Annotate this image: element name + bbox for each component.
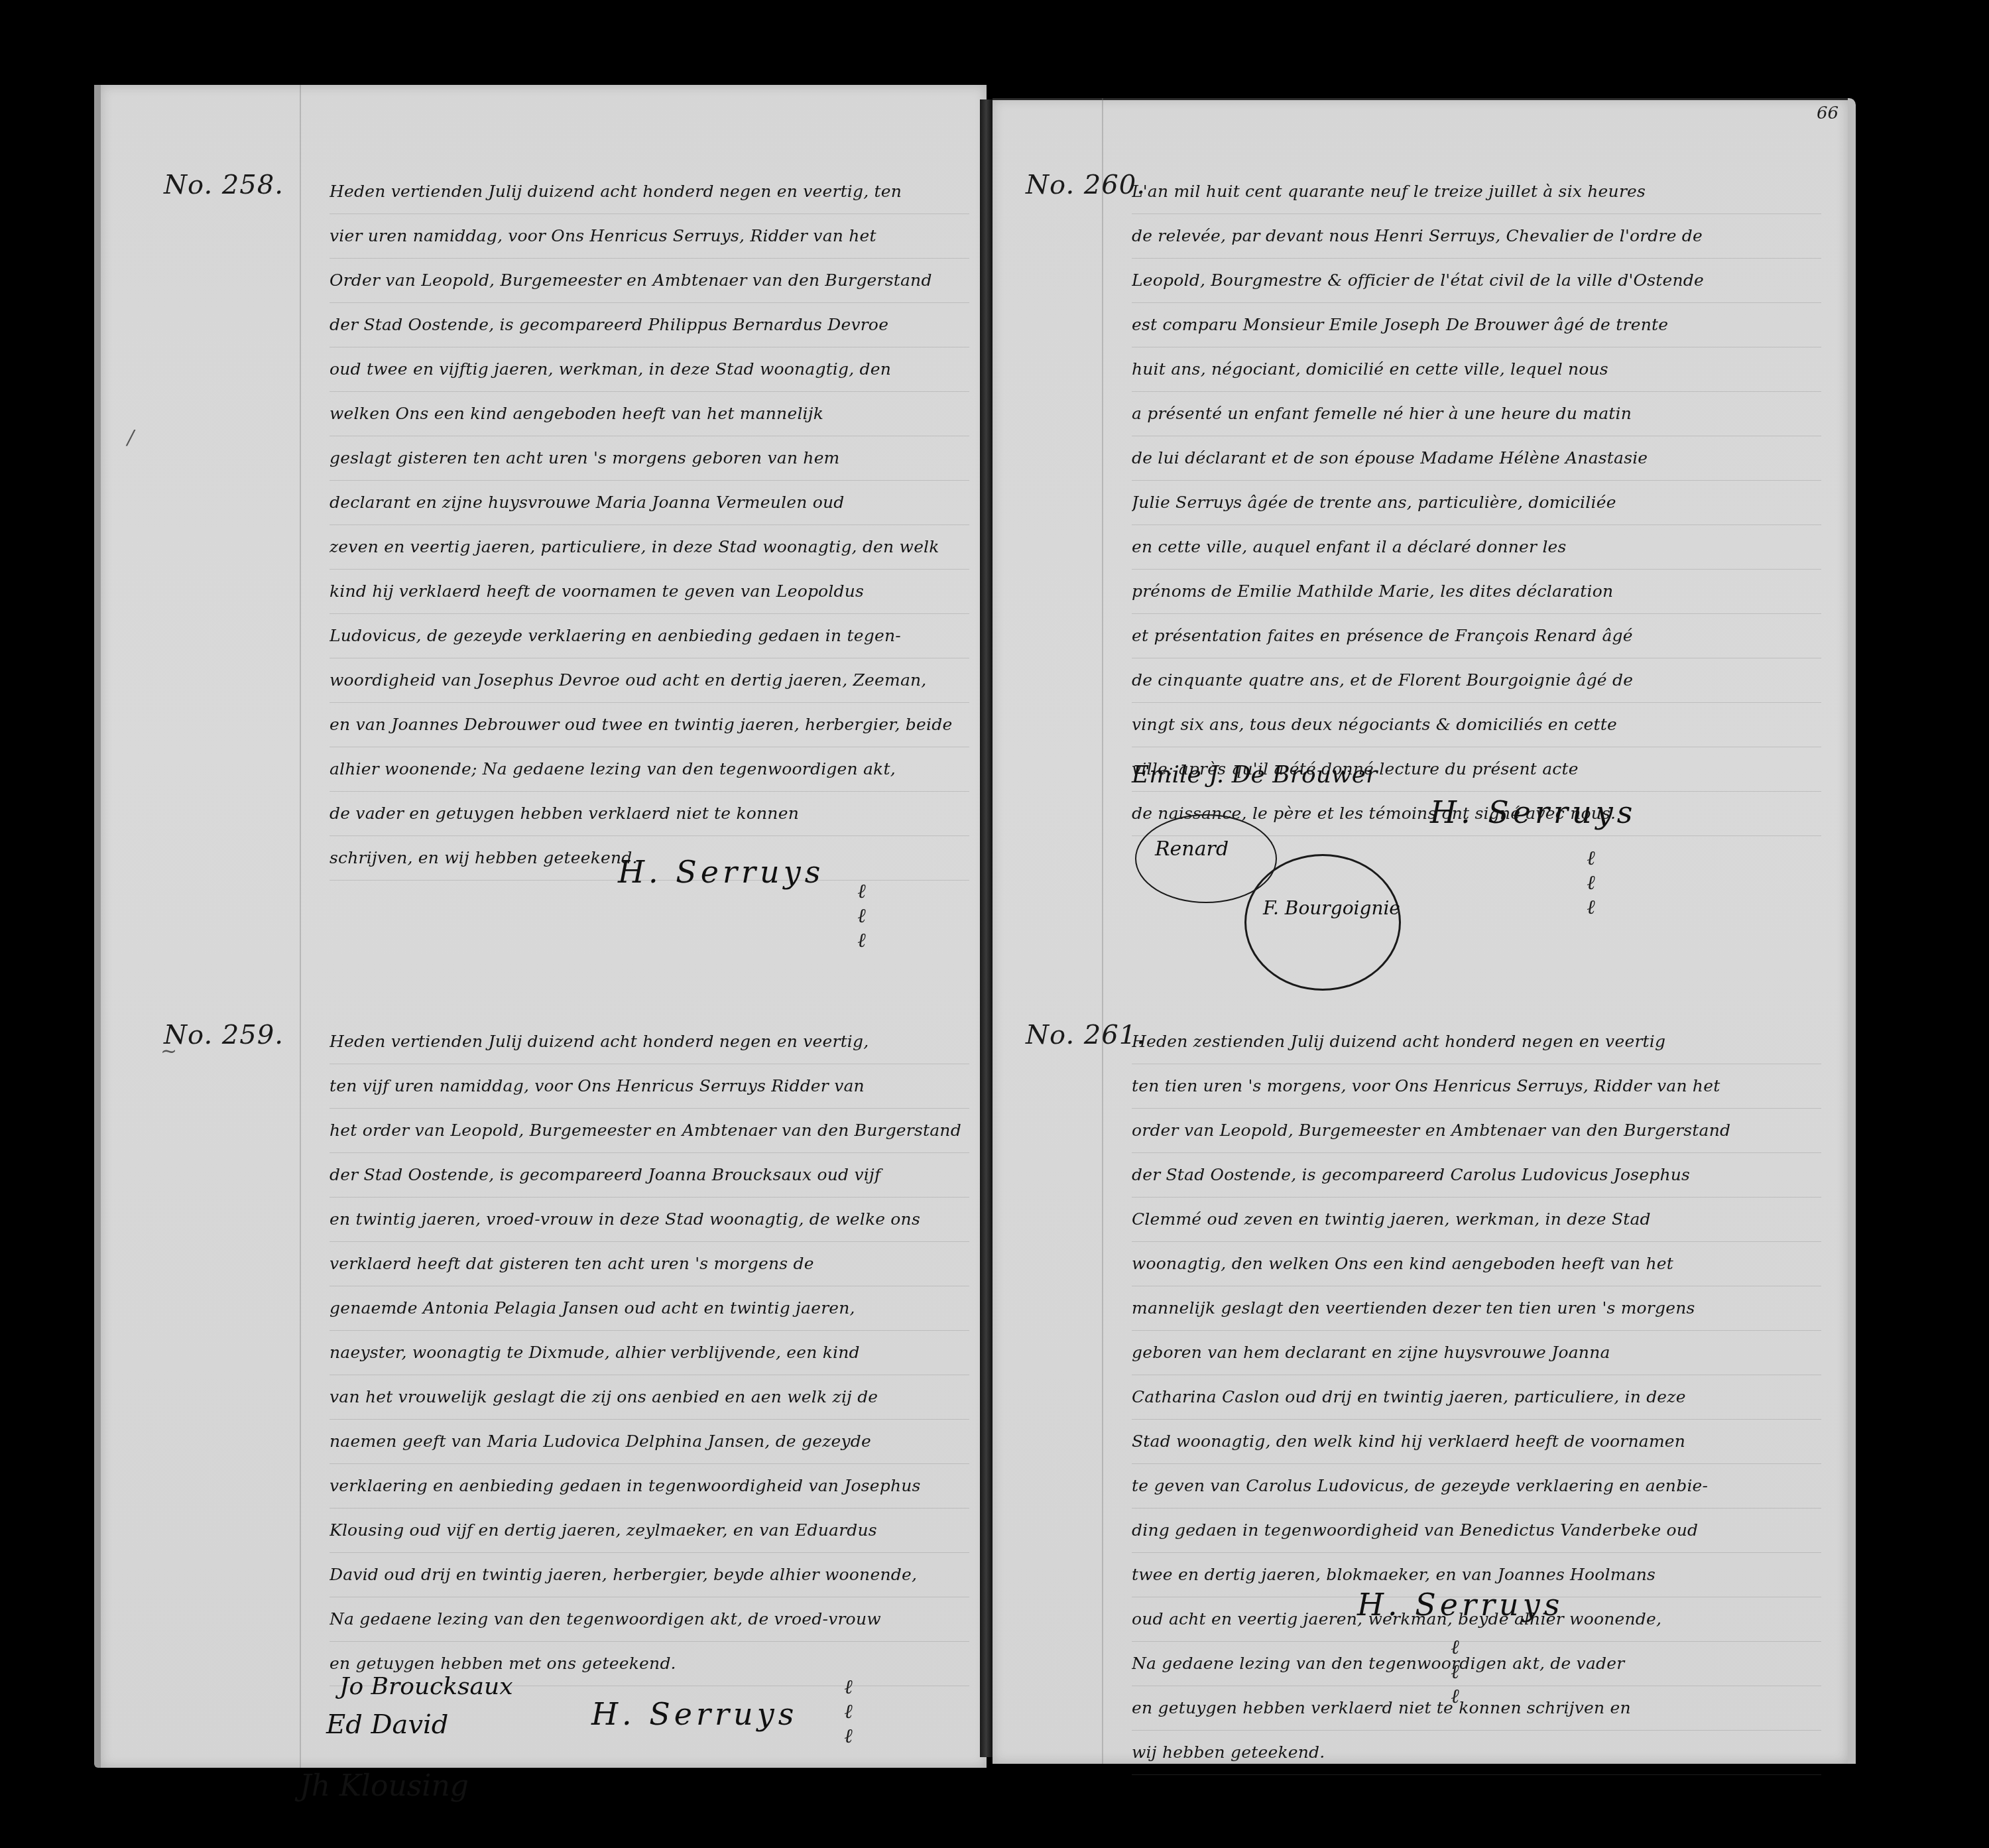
text-line: kind hij verklaerd heeft de voornamen te… (330, 570, 969, 614)
entry-text: L'an mil huit cent quarante neuf le trei… (1132, 170, 1821, 836)
book-gutter (980, 99, 993, 1757)
text-line: ding gedaen in tegenwoordigheid van Bene… (1132, 1509, 1821, 1553)
text-line: et présentation faites en présence de Fr… (1132, 614, 1821, 658)
text-line: est comparu Monsieur Emile Joseph De Bro… (1132, 303, 1821, 347)
text-line: prénoms de Emilie Mathilde Marie, les di… (1132, 570, 1821, 614)
entry-number: No. 259. (164, 1020, 284, 1050)
text-line: Na gedaene lezing van den tegenwoordigen… (330, 1597, 969, 1642)
signature-broucksaux: Jo Broucksaux (339, 1673, 512, 1700)
text-line: de vader en getuygen hebben verklaerd ni… (330, 792, 969, 836)
text-line: en getuygen hebben verklaerd niet te kon… (1132, 1686, 1821, 1731)
signature-renard: Renard (1155, 837, 1229, 861)
top-rule (993, 98, 1848, 100)
text-line: oud twee en vijftig jaeren, werkman, in … (330, 347, 969, 392)
text-line: woonagtig, den welken Ons een kind aenge… (1132, 1242, 1821, 1286)
text-line: David oud drij en twintig jaeren, herber… (330, 1553, 969, 1597)
text-line: Clemmé oud zeven en twintig jaeren, werk… (1132, 1198, 1821, 1242)
text-line: geslagt gisteren ten acht uren 's morgen… (330, 436, 969, 481)
text-line: Heden vertienden Julij duizend acht hond… (330, 1020, 969, 1064)
left-page: / ~ No. 258. Heden vertienden Julij duiz… (94, 85, 987, 1768)
text-line: Julie Serruys âgée de trente ans, partic… (1132, 481, 1821, 525)
entry-text: Heden vertienden Julij duizend acht hond… (330, 170, 969, 881)
text-line: Stad woonagtig, den welk kind hij verkla… (1132, 1420, 1821, 1464)
text-line: Klousing oud vijf en dertig jaeren, zeyl… (330, 1509, 969, 1553)
page-number: 66 (1817, 103, 1838, 123)
entry-text: Heden vertienden Julij duizend acht hond… (330, 1020, 969, 1686)
text-line: en van Joannes Debrouwer oud twee en twi… (330, 703, 969, 747)
entry-number: No. 261. (1026, 1020, 1146, 1050)
text-line: zeven en veertig jaeren, particuliere, i… (330, 525, 969, 570)
margin-rule (300, 85, 301, 1768)
signature-david: Ed David (326, 1709, 448, 1740)
text-line: Ludovicus, de gezeyde verklaering en aen… (330, 614, 969, 658)
text-line: welken Ons een kind aengeboden heeft van… (330, 392, 969, 436)
signature-serruys: H. Serruys (1430, 794, 1636, 830)
text-line: declarant en zijne huysvrouwe Maria Joan… (330, 481, 969, 525)
paraph-mark: ℓℓℓ (850, 881, 873, 954)
text-line: Na gedaene lezing van den tegenwoordigen… (1132, 1642, 1821, 1686)
paraph-mark: ℓℓℓ (1443, 1636, 1467, 1710)
signature-serruys: H. Serruys (591, 1696, 798, 1732)
text-line: en cette ville, auquel enfant il a décla… (1132, 525, 1821, 570)
text-line: het order van Leopold, Burgemeester en A… (330, 1109, 969, 1153)
text-line: te geven van Carolus Ludovicus, de gezey… (1132, 1464, 1821, 1509)
text-line: naemen geeft van Maria Ludovica Delphina… (330, 1420, 969, 1464)
text-line: Catharina Caslon oud drij en twintig jae… (1132, 1375, 1821, 1420)
text-line: verklaerd heeft dat gisteren ten acht ur… (330, 1242, 969, 1286)
text-line: mannelijk geslagt den veertienden dezer … (1132, 1286, 1821, 1331)
signature-bourgoignie: F. Bourgoignie (1263, 897, 1400, 919)
text-line: woordigheid van Josephus Devroe oud acht… (330, 658, 969, 703)
paraph-mark: ℓℓℓ (1579, 847, 1602, 921)
text-line: geboren van hem declarant en zijne huysv… (1132, 1331, 1821, 1375)
text-line: naeyster, woonagtig te Dixmude, alhier v… (330, 1331, 969, 1375)
entry-260: No. 260. L'an mil huit cent quarante neu… (1132, 170, 1821, 836)
entry-258: No. 258. Heden vertienden Julij duizend … (330, 170, 969, 881)
text-line: alhier woonende; Na gedaene lezing van d… (330, 747, 969, 792)
text-line: vier uren namiddag, voor Ons Henricus Se… (330, 214, 969, 259)
text-line: van het vrouwelijk geslagt die zij ons a… (330, 1375, 969, 1420)
signature-de-brouwer: Emile J. De Brouwer (1132, 761, 1377, 788)
entry-261: No. 261. Heden zestienden Julij duizend … (1132, 1020, 1821, 1775)
text-line: vingt six ans, tous deux négociants & do… (1132, 703, 1821, 747)
margin-mark: / (127, 426, 134, 450)
text-line: de lui déclarant et de son épouse Madame… (1132, 436, 1821, 481)
text-line: L'an mil huit cent quarante neuf le trei… (1132, 170, 1821, 214)
text-line: der Stad Oostende, is gecompareerd Carol… (1132, 1153, 1821, 1198)
text-line: wij hebben geteekend. (1132, 1731, 1821, 1775)
entry-text: Heden zestienden Julij duizend acht hond… (1132, 1020, 1821, 1775)
signature-serruys: H. Serruys (618, 854, 824, 890)
signature-flourish (1244, 854, 1401, 991)
text-line: en twintig jaeren, vroed-vrouw in deze S… (330, 1198, 969, 1242)
entry-259: No. 259. Heden vertienden Julij duizend … (330, 1020, 969, 1686)
text-line: ten tien uren 's morgens, voor Ons Henri… (1132, 1064, 1821, 1109)
text-line: Order van Leopold, Burgemeester en Ambte… (330, 259, 969, 303)
text-line: der Stad Oostende, is gecompareerd Joann… (330, 1153, 969, 1198)
text-line: der Stad Oostende, is gecompareerd Phili… (330, 303, 969, 347)
signature-klousing: Jh Klousing (300, 1769, 469, 1803)
text-line: a présenté un enfant femelle né hier à u… (1132, 392, 1821, 436)
paraph-mark: ℓℓℓ (837, 1676, 860, 1750)
right-page: 66 No. 260. L'an mil huit cent quarante … (993, 98, 1856, 1764)
signature-serruys: H. Serruys (1357, 1587, 1563, 1623)
text-line: de cinquante quatre ans, et de Florent B… (1132, 658, 1821, 703)
text-line: Leopold, Bourgmestre & officier de l'éta… (1132, 259, 1821, 303)
margin-rule (1102, 98, 1103, 1764)
text-line: Heden vertienden Julij duizend acht hond… (330, 170, 969, 214)
text-line: Heden zestienden Julij duizend acht hond… (1132, 1020, 1821, 1064)
text-line: huit ans, négociant, domicilié en cette … (1132, 347, 1821, 392)
text-line: ten vijf uren namiddag, voor Ons Henricu… (330, 1064, 969, 1109)
text-line: genaemde Antonia Pelagia Jansen oud acht… (330, 1286, 969, 1331)
entry-number: No. 258. (164, 170, 284, 200)
text-line: verklaering en aenbieding gedaen in tege… (330, 1464, 969, 1509)
entry-number: No. 260. (1026, 170, 1146, 200)
text-line: de relevée, par devant nous Henri Serruy… (1132, 214, 1821, 259)
text-line: order van Leopold, Burgemeester en Ambte… (1132, 1109, 1821, 1153)
